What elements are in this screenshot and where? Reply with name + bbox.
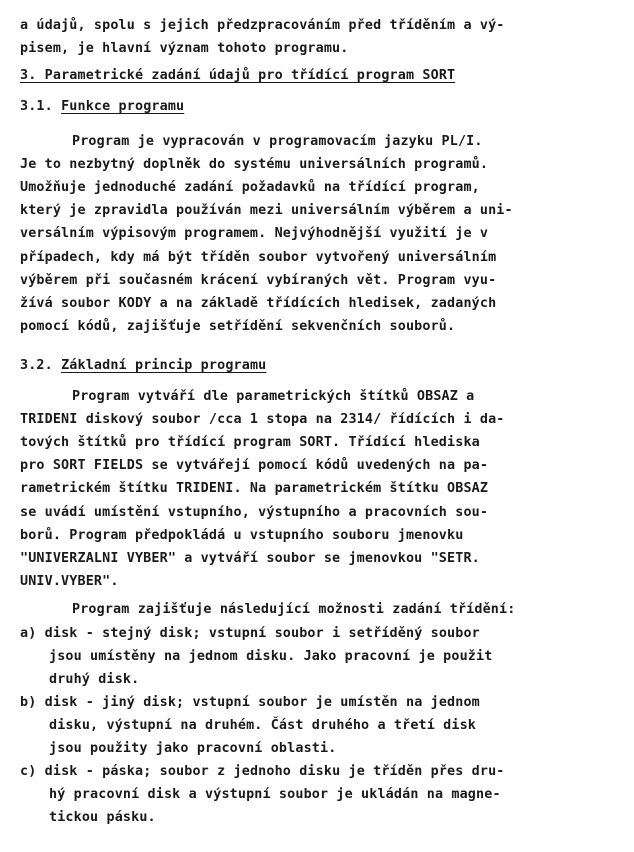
- option-text: disku, výstupní na druhém. Část druhého …: [49, 716, 476, 736]
- option-text: jsou umístěny na jednom disku. Jako prac…: [49, 647, 492, 667]
- paragraph-line: případech, kdy má být tříděn soubor vytv…: [20, 248, 496, 268]
- section-title: Parametrické zadání údajů pro třídící pr…: [45, 68, 456, 83]
- option-marker: b): [20, 695, 36, 710]
- paragraph-line: pomocí kódů, zajišťuje setřídění sekvenč…: [20, 317, 455, 337]
- paragraph-line: "UNIVERZALNI VYBER" a vytváří soubor se …: [20, 549, 480, 569]
- intro-line: a údajů, spolu s jejich předzpracováním …: [20, 16, 505, 36]
- paragraph-line: versálním výpisovým programem. Nejvýhodn…: [20, 224, 488, 244]
- paragraph-line: výběrem při současném krácení vybíraných…: [20, 271, 496, 291]
- paragraph-line: žívá soubor KODY a na základě třídících …: [20, 294, 496, 314]
- option-item-b: b) disk - jiný disk; vstupní soubor je u…: [20, 693, 480, 713]
- section-3-1-heading: 3.1. Funkce programu: [20, 97, 184, 117]
- option-text: jsou použity jako pracovní oblasti.: [49, 739, 336, 759]
- intro-line: pisem, je hlavní význam tohoto programu.: [20, 39, 348, 59]
- paragraph-line: Program vytváří dle parametrických štítk…: [72, 387, 474, 407]
- paragraph-line: borů. Program předpokládá u vstupního so…: [20, 526, 463, 546]
- options-intro: Program zajišťuje následující možnosti z…: [72, 600, 515, 620]
- paragraph-line: Umožňuje jednoduché zadání požadavků na …: [20, 178, 480, 198]
- section-title: Základní princip programu: [61, 358, 266, 373]
- section-3-2-heading: 3.2. Základní princip programu: [20, 356, 266, 376]
- section-number: 3.2.: [20, 358, 53, 373]
- option-text: hý pracovní disk a výstupní soubor je uk…: [49, 785, 501, 805]
- paragraph-line: tových štítků pro třídící program SORT. …: [20, 433, 480, 453]
- option-item-c: c) disk - páska; soubor z jednoho disku …: [20, 762, 505, 782]
- document-page: a údajů, spolu s jejich předzpracováním …: [0, 0, 634, 852]
- option-text: disk - páska; soubor z jednoho disku je …: [45, 764, 505, 779]
- section-3-heading: 3. Parametrické zadání údajů pro třídící…: [20, 66, 455, 86]
- option-marker: c): [20, 764, 36, 779]
- option-text: disk - jiný disk; vstupní soubor je umís…: [45, 695, 480, 710]
- paragraph-line: se uvádí umístění vstupního, výstupního …: [20, 503, 488, 523]
- paragraph-line: UNIV.VYBER".: [20, 572, 119, 592]
- section-number: 3.: [20, 68, 36, 83]
- paragraph-line: rametrickém štítku TRIDENI. Na parametri…: [20, 479, 488, 499]
- option-item-a: a) disk - stejný disk; vstupní soubor i …: [20, 624, 480, 644]
- option-text: tickou pásku.: [49, 808, 156, 828]
- section-number: 3.1.: [20, 99, 53, 114]
- section-title: Funkce programu: [61, 99, 184, 114]
- option-marker: a): [20, 626, 36, 641]
- paragraph-line: Program je vypracován v programovacím ja…: [72, 132, 483, 152]
- paragraph-line: Je to nezbytný doplněk do systému univer…: [20, 155, 488, 175]
- paragraph-line: pro SORT FIELDS se vytvářejí pomocí kódů…: [20, 456, 488, 476]
- paragraph-line: TRIDENI diskový soubor /cca 1 stopa na 2…: [20, 410, 505, 430]
- option-text: disk - stejný disk; vstupní soubor i set…: [45, 626, 480, 641]
- paragraph-line: který je zpravidla používán mezi univers…: [20, 201, 513, 221]
- option-text: druhý disk.: [49, 670, 139, 690]
